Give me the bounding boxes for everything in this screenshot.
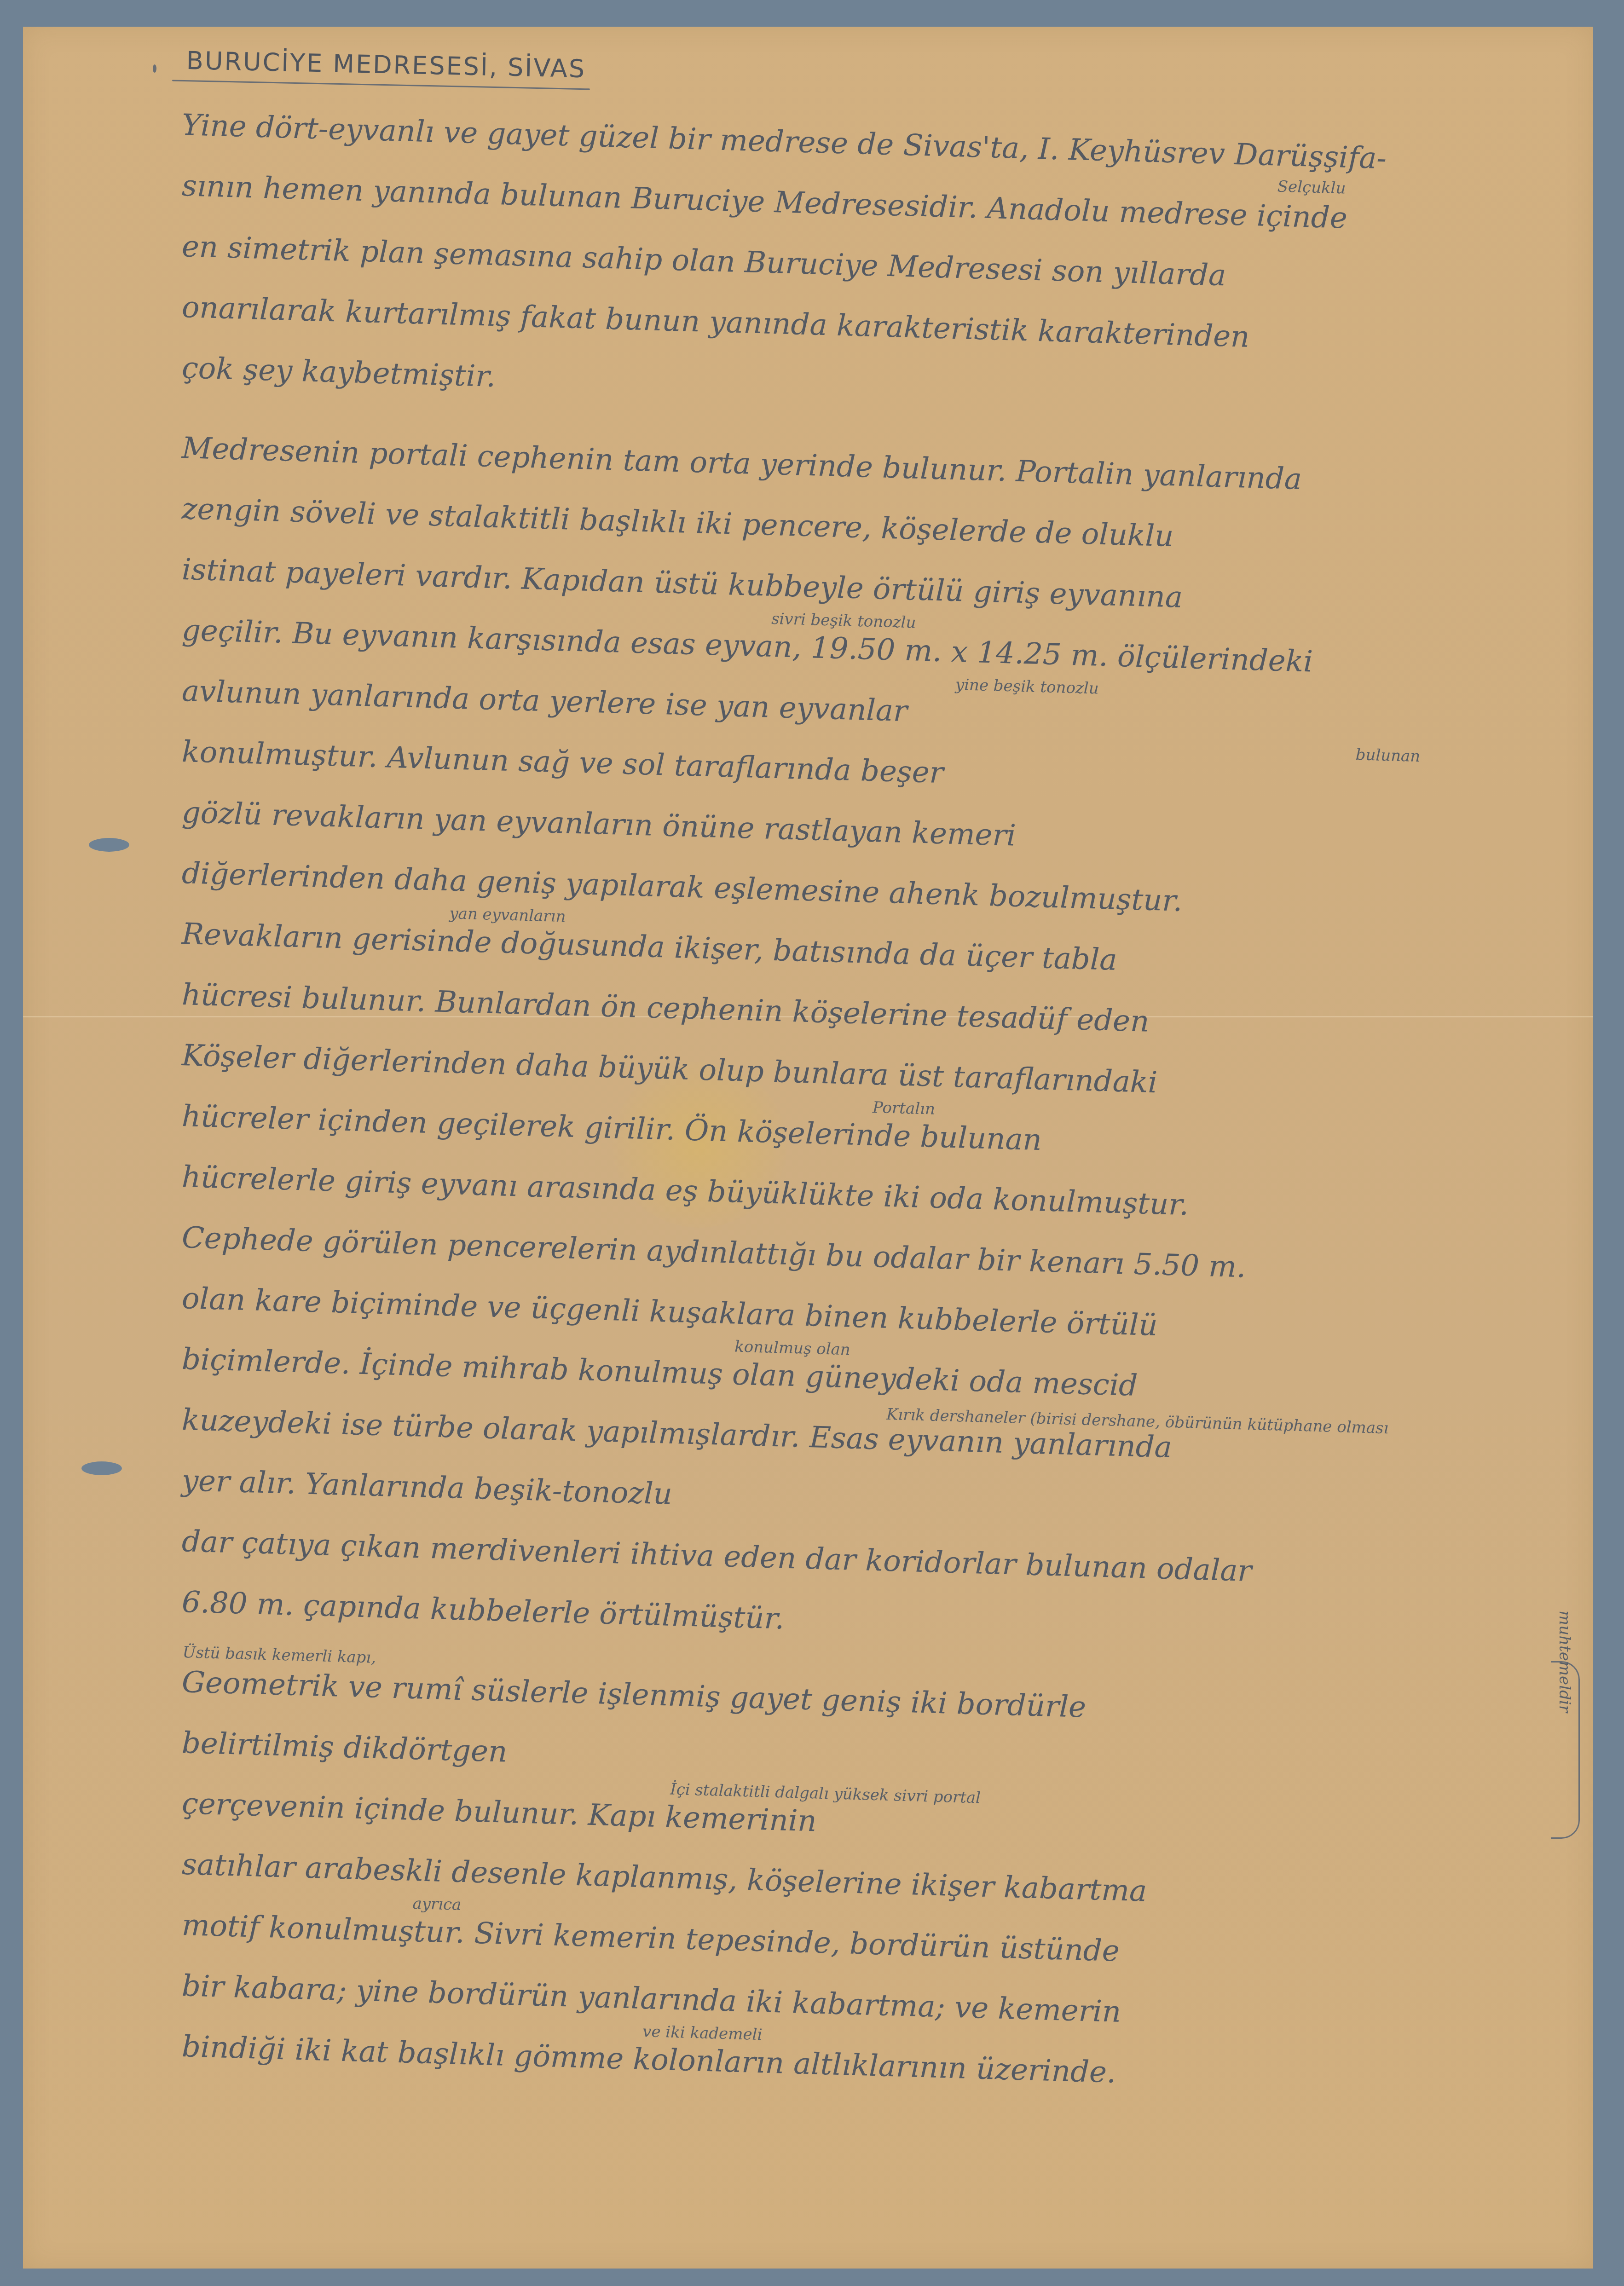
text-line: bindiği iki kat başlıklı gömme kolonları… <box>181 2032 1590 2101</box>
interlinear-insertion: Portalın <box>873 1100 936 1117</box>
text-line: motif konulmuştur. Sivri kemerin tepesin… <box>181 1911 1590 1979</box>
text-line: geçilir. Bu eyvanın karşısında esas eyva… <box>181 616 1590 684</box>
interlinear-insertion: Üstü basık kemerli kapı, <box>182 1645 376 1666</box>
interlinear-insertion: Selçuklu <box>1277 179 1346 196</box>
text-line: bir kabara; yine bordürün yanlarında iki… <box>181 1971 1590 2040</box>
text-line: onarılarak kurtarılmış fakat bunun yanın… <box>181 293 1590 361</box>
text-line: Yine dört-eyvanlı ve gayet güzel bir med… <box>181 110 1590 179</box>
text-line: Cephede görülen pencerelerin aydınlattığ… <box>181 1223 1590 1292</box>
text-line: diğerlerinden daha geniş yapılarak eşlem… <box>181 859 1590 927</box>
text-line: çerçevenin içinde bulunur. Kapı kemerini… <box>181 1789 1590 1858</box>
interlinear-insertion: konulmuş olan <box>734 1339 851 1358</box>
text-line: biçimlerde. İçinde mihrab konulmuş olan … <box>181 1345 1590 1413</box>
text-line: Medresenin portali cephenin tam orta yer… <box>181 433 1590 502</box>
text-line: avlunun yanlarında orta yerlere ise yan … <box>181 676 1590 745</box>
handwritten-body: Yine dört-eyvanlı ve gayet güzel bir med… <box>182 110 1590 2093</box>
text-line: çok şey kaybetmiştir. <box>181 353 1590 422</box>
text-line: hücresi bulunur. Bunlardan ön cephenin k… <box>181 980 1590 1049</box>
text-line: Geometrik ve rumî süslerle işlenmiş gaye… <box>181 1668 1590 1736</box>
text-line: konulmuştur. Avlunun sağ ve sol taraflar… <box>181 737 1590 806</box>
margin-note: muhtemeldir <box>1555 1611 1574 1713</box>
text-line: en simetrik plan şemasına sahip olan Bur… <box>181 232 1590 300</box>
interlinear-insertion: yan eyvanların <box>449 906 566 924</box>
interlinear-insertion: yine beşik tonozlu <box>955 677 1099 697</box>
interlinear-insertion: sivri beşik tonozlu <box>771 611 916 631</box>
interlinear-insertion: ve iki kademeli <box>642 2024 763 2043</box>
interlinear-insertion: bulunan <box>1355 747 1420 764</box>
text-line: yer alır. Yanlarında beşik-tonozlu <box>181 1466 1590 1535</box>
text-line: zengin söveli ve stalaktitli başlıklı ik… <box>181 494 1590 563</box>
text-line: hücrelerle giriş eyvanı arasında eş büyü… <box>181 1162 1590 1231</box>
text-line: gözlü revakların yan eyvanların önüne ra… <box>181 798 1590 866</box>
text-line: dar çatıya çıkan merdivenleri ihtiva ede… <box>181 1527 1590 1595</box>
interlinear-insertion: ayrıca <box>412 1896 462 1913</box>
text-line: 6.80 m. çapında kubbelerle örtülmüştür. <box>181 1587 1590 1656</box>
text-line: sının hemen yanında bulunan Buruciye Med… <box>181 171 1590 240</box>
text-line: hücreler içinden geçilerek girilir. Ön k… <box>181 1102 1590 1170</box>
text-line: olan kare biçiminde ve üçgenli kuşaklara… <box>181 1284 1590 1352</box>
binder-hole-lower <box>81 1461 122 1475</box>
title-bullet <box>153 64 156 73</box>
text-line: satıhlar arabeskli desenle kaplanmış, kö… <box>181 1850 1590 1918</box>
text-line: kuzeydeki ise türbe olarak yapılmışlardı… <box>181 1405 1590 1474</box>
binder-hole-upper <box>89 838 129 852</box>
text-line: Revakların gerisinde doğusunda ikişer, b… <box>181 919 1590 988</box>
